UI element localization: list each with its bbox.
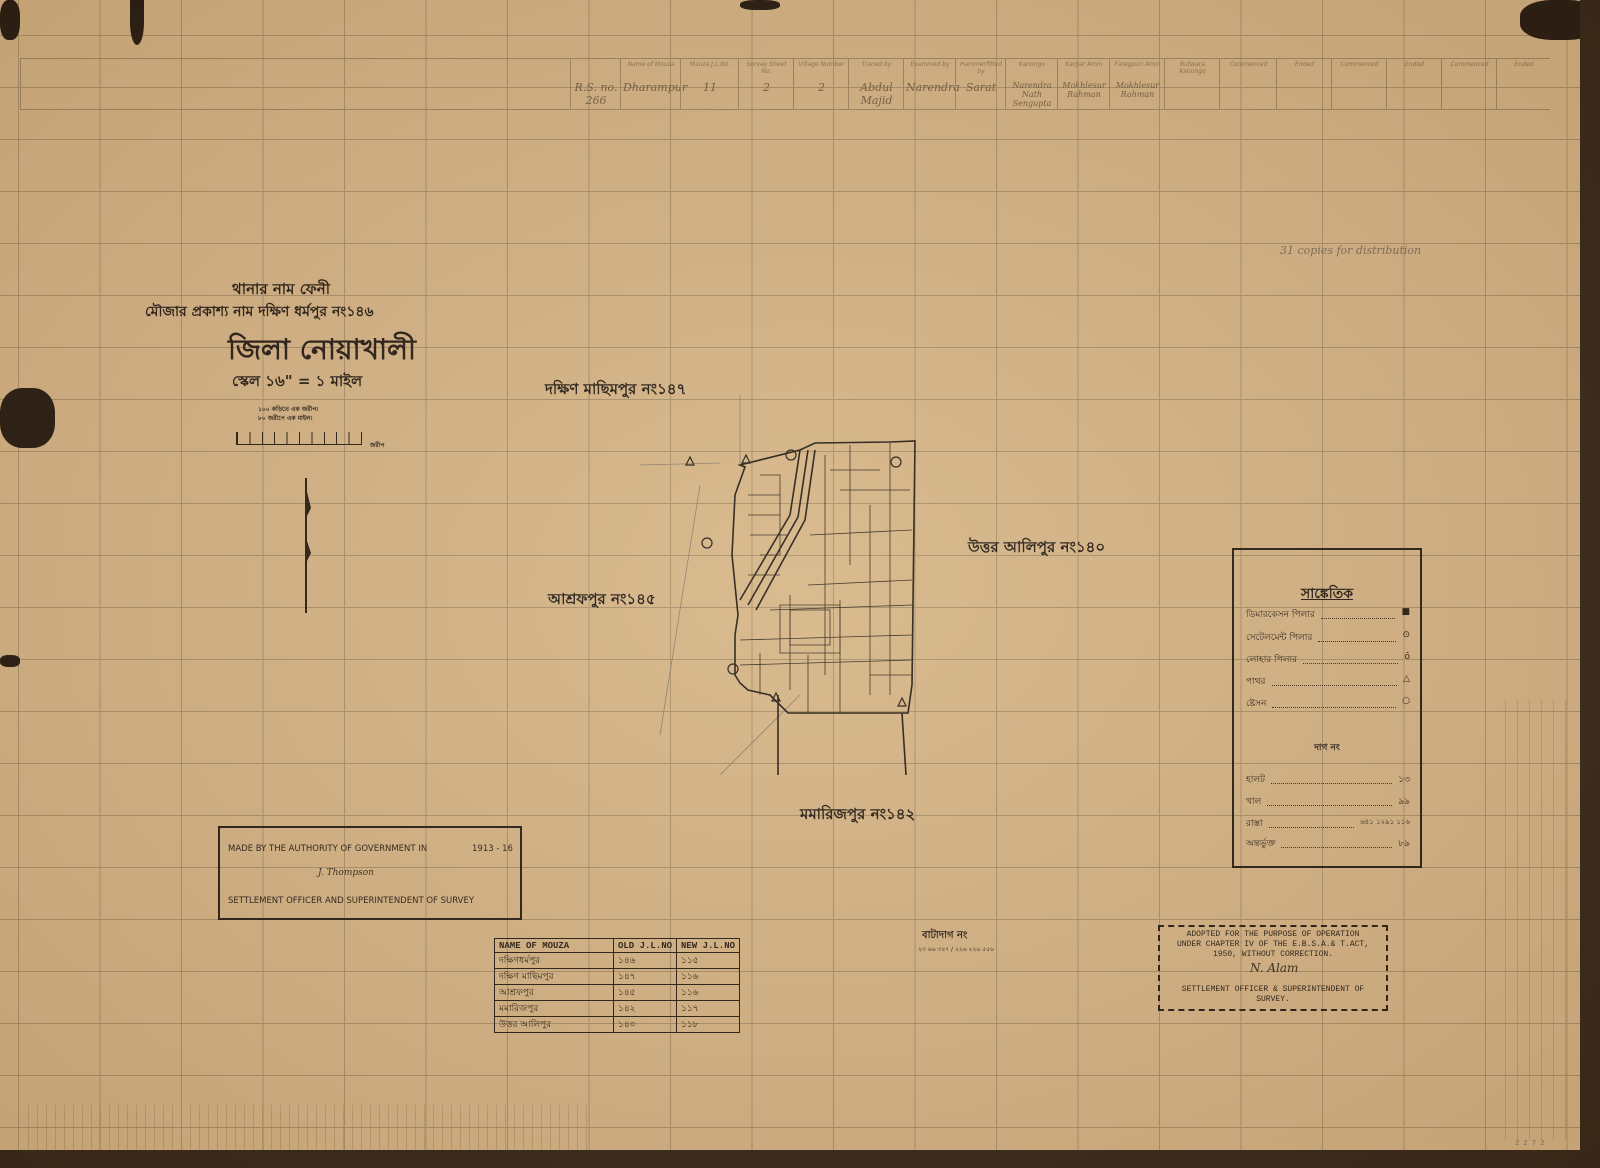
neighbor-south: মমারিজপুর নং১৪২: [800, 803, 915, 828]
header-col: Ended: [1496, 59, 1551, 109]
header-col: KanungoNarendra Nath Sengupta: [1005, 59, 1058, 109]
header-register: R.S. no. 266 Name of MouzaDharampur Mauz…: [20, 58, 1550, 110]
header-col: Commenced: [1441, 59, 1497, 109]
header-col: Name of MouzaDharampur: [620, 59, 681, 109]
sheet-code: 2 2 7 2: [1515, 1140, 1544, 1148]
table-row: আশ্রফপুর১৪৫১১৬: [495, 985, 740, 1001]
stone-triangle-icon: △: [1403, 674, 1410, 689]
torn-edge: [740, 0, 780, 10]
scale-bar: [236, 432, 362, 445]
district-name: জিলা নোয়াখালী: [228, 328, 416, 375]
station-circle-icon: ○: [1402, 696, 1410, 711]
batadag-label: বাটাদাগ নং: [922, 928, 967, 945]
table-row: মমারিজপুর১৪২১১৭: [495, 1001, 740, 1017]
header-col: Village Number2: [793, 59, 849, 109]
north-arrow-icon: [296, 478, 316, 613]
torn-edge: [0, 655, 20, 667]
demarcation-pillar-icon: ■: [1401, 607, 1410, 622]
header-col: Ended: [1276, 59, 1332, 109]
legend-item: পাথর△: [1246, 674, 1410, 689]
authority-box: MADE BY THE AUTHORITY OF GOVERNMENT IN 1…: [218, 826, 522, 920]
dag-item: খাল৯৯: [1246, 794, 1410, 809]
mouza-name: মৌজার প্রকাশ্য নাম দক্ষিণ ধর্মপুর নং১৪৬: [145, 300, 374, 324]
header-col: Mauza J.L.No.11: [680, 59, 739, 109]
batadag-values: ২৩ ৬৬ ৩৪৭ / ২২৬ ২২৬ ৫৫৬: [918, 944, 994, 955]
legend-box: সাঙ্কেতিক ডিমারকেসন পিলার■ সেটেলমেন্ট পি…: [1232, 548, 1422, 868]
dag-item: রাস্তা৬৪১ ১২৯১ ১১৬: [1246, 816, 1410, 831]
legend-item: ডিমারকেসন পিলার■: [1246, 607, 1410, 622]
legend-item: সেটেলমেন্ট পিলার⊙: [1246, 630, 1410, 645]
jl-number-table: NAME OF MOUZA OLD J.L.NO NEW J.L.NO দক্ষ…: [494, 938, 740, 1033]
header-col: Commenced: [1219, 59, 1277, 109]
header-col: Commenced: [1331, 59, 1387, 109]
authority-years: 1913 - 16: [472, 844, 513, 854]
header-col: Karpar AminMokhlesur Rahman: [1057, 59, 1110, 109]
header-col: Ended: [1386, 59, 1442, 109]
header-col: Survey Sheet No.2: [738, 59, 794, 109]
torn-edge: [0, 0, 20, 40]
torn-edge: [1580, 0, 1600, 1168]
table-header: NAME OF MOUZA OLD J.L.NO NEW J.L.NO: [495, 939, 740, 953]
pencil-annotation: 31 copies for distribution: [1280, 244, 1421, 257]
legend-item: লোহার পিলারō: [1246, 652, 1410, 667]
table-row: দক্ষিণ মাছিমপুর১৪৭১১৬: [495, 969, 740, 985]
dag-item: হালট১৩: [1246, 772, 1410, 787]
margin-ruling: [28, 1105, 588, 1150]
header-col: Traced byAbdul Majid: [848, 59, 904, 109]
torn-edge: [0, 1150, 1600, 1168]
adopted-signature: N. Alam: [1250, 961, 1298, 975]
margin-ruling: [1505, 700, 1575, 1140]
cadastral-plot-map: [640, 395, 940, 775]
header-col: R.S. no. 266: [570, 59, 621, 109]
header-col: Examined byNarendra: [903, 59, 956, 109]
table-row: উত্তর আলিপুর১৪০১১৮: [495, 1017, 740, 1033]
legend-item: ষ্টেসন○: [1246, 696, 1410, 711]
dag-title: দাগ নং: [1234, 740, 1420, 755]
authority-signature: J. Thompson: [318, 868, 374, 878]
adopted-stamp: ADOPTED FOR THE PURPOSE OF OPERATION UND…: [1158, 925, 1388, 1011]
header-col: Butwara Kanungo: [1164, 59, 1220, 109]
header-col: Fategpuri AminMokhlesur Rahman: [1109, 59, 1165, 109]
iron-pillar-icon: ō: [1404, 652, 1410, 667]
torn-edge: [0, 388, 55, 448]
map-scale: স্কেল ১৬" = ১ মাইল: [232, 370, 362, 395]
torn-edge: [130, 0, 144, 45]
legend-title: সাঙ্কেতিক: [1234, 582, 1420, 606]
neighbor-east: উত্তর আলিপুর নং১৪০: [968, 536, 1105, 561]
dag-item: অন্তর্ভুক্ত৮৯: [1246, 836, 1410, 851]
header-col: Hammerfitted bySarat: [955, 59, 1006, 109]
table-row: দক্ষিণধর্মপুর১৪৬১১৫: [495, 953, 740, 969]
map-sheet: R.S. no. 266 Name of MouzaDharampur Mauz…: [0, 0, 1600, 1168]
settlement-pillar-icon: ⊙: [1402, 630, 1410, 645]
